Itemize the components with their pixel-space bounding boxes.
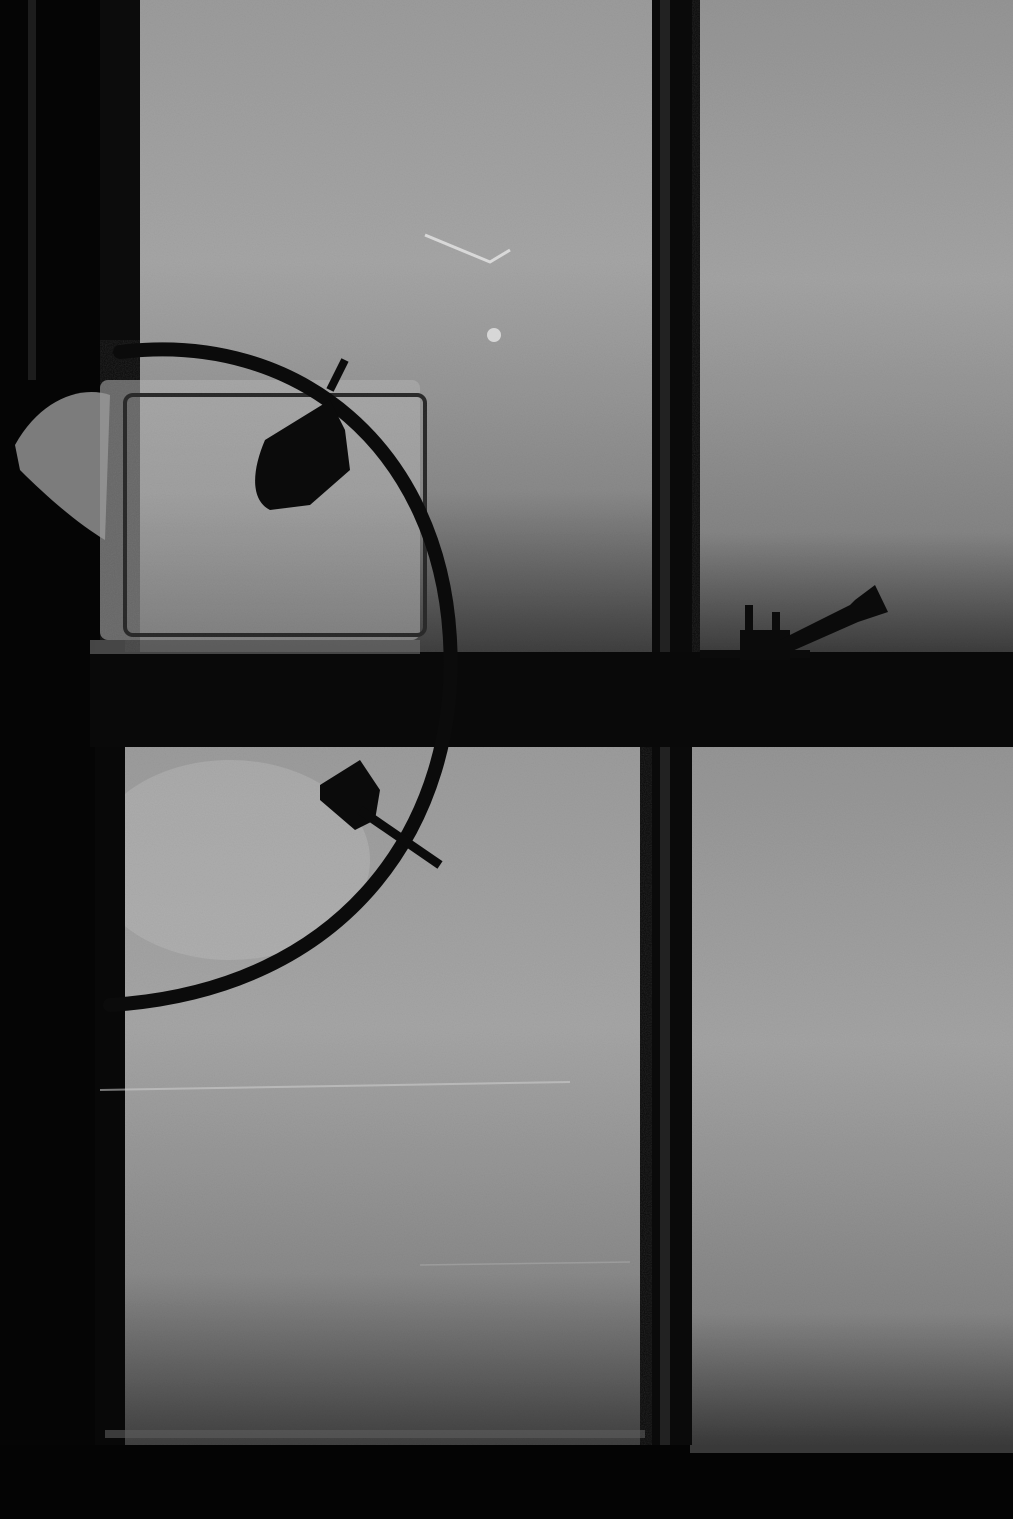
- left-wall: [0, 0, 100, 1519]
- vertical-mullion: [652, 0, 692, 1519]
- pane-upper-right: [700, 0, 1013, 665]
- window-scene: [0, 0, 1013, 1519]
- window-sill: [0, 1445, 1013, 1519]
- pane-lower-right: [690, 745, 1013, 1455]
- window-photo: Black-and-white photograph of a window w…: [0, 0, 1013, 1519]
- horizontal-transom: [90, 652, 1013, 747]
